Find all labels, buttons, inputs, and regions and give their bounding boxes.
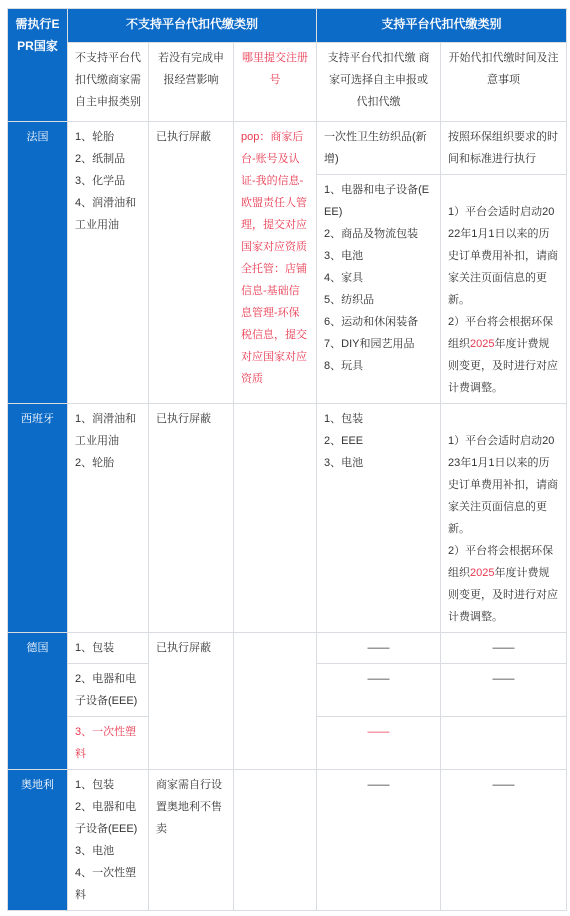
header-row-2: 不支持平台代扣代缴商家需自主申报类别 若没有完成申报经营影响 哪里提交注册号 支… xyxy=(8,43,567,122)
epr-policy-page: 需执行EPR国家 不支持平台代扣代缴类别 支持平台代扣代缴类别 不支持平台代扣代… xyxy=(0,0,570,916)
row-france-1: 法国 1、轮胎 2、纸制品 3、化学品 4、润滑油和工业用油 已执行屏蔽 pop… xyxy=(8,122,567,175)
notes-text: 1）平台会适时启动2023年1月1日以来的历史订单费用补扣，请商家关注页面信息的… xyxy=(448,435,558,579)
austria-impact-cell: 商家需自行设置奥地利不售卖 xyxy=(149,770,234,911)
germany-item-1-cell: 1、包装 xyxy=(68,633,149,664)
france-where-submit-cell: pop：商家后台-账号及认证-我的信息-欧盟责任人管理，提交对应国家对应资质 全… xyxy=(234,122,317,404)
list-item: 1、润滑油和工业用油 xyxy=(75,408,141,452)
france-impact-cell: 已执行屏蔽 xyxy=(149,122,234,404)
list-item: 4、润滑油和工业用油 xyxy=(75,192,141,236)
list-item: 1、包装 xyxy=(75,774,141,796)
header-start-time: 开始代扣代缴时间及注意事项 xyxy=(441,43,567,122)
germany-country-cell: 德国 xyxy=(8,633,68,770)
list-item: 2、EEE xyxy=(324,430,433,452)
list-item: 3、化学品 xyxy=(75,170,141,192)
list-item: 2、电器和电子设备(EEE) xyxy=(75,796,141,840)
header-row-1: 需执行EPR国家 不支持平台代扣代缴类别 支持平台代扣代缴类别 xyxy=(8,9,567,43)
france-country-cell: 法国 xyxy=(8,122,68,404)
list-item: 1、电器和电子设备(EEE) xyxy=(324,179,433,223)
france-notes-top-cell: 按照环保组织要求的时间和标准进行执行 xyxy=(441,122,567,175)
spain-notes-cell: 1）平台会适时启动2023年1月1日以来的历史订单费用补扣，请商家关注页面信息的… xyxy=(441,404,567,633)
germany-impact-cell: 已执行屏蔽 xyxy=(149,633,234,770)
france-notes-cell: 1）平台会适时启动2022年1月1日以来的历史订单费用补扣，请商家关注页面信息的… xyxy=(441,175,567,404)
list-item: 2、纸制品 xyxy=(75,148,141,170)
header-unsupported-group: 不支持平台代扣代缴类别 xyxy=(68,9,317,43)
header-country: 需执行EPR国家 xyxy=(8,9,68,122)
france-supported-list: 1、电器和电子设备(EEE) 2、商品及物流包装 3、电池 4、家具 5、纺织品… xyxy=(317,175,441,404)
header-supported-categories: 支持平台代扣代缴 商家可选择自主申报或代扣代缴 xyxy=(317,43,441,122)
germany-notes-dash-2: —— xyxy=(441,664,567,717)
list-item: 1、包装 xyxy=(324,408,433,430)
list-item: 2、轮胎 xyxy=(75,452,141,474)
header-self-declare: 不支持平台代扣代缴商家需自主申报类别 xyxy=(68,43,149,122)
row-austria: 奥地利 1、包装 2、电器和电子设备(EEE) 3、电池 4、一次性塑料 商家需… xyxy=(8,770,567,911)
list-item: 3、电池 xyxy=(324,245,433,267)
list-item: 3、电池 xyxy=(75,840,141,862)
list-item: 3、电池 xyxy=(324,452,433,474)
austria-supported-dash: —— xyxy=(317,770,441,911)
spain-self-declare-list: 1、润滑油和工业用油 2、轮胎 xyxy=(68,404,149,633)
list-item: 4、家具 xyxy=(324,267,433,289)
germany-notes-empty-cell xyxy=(441,717,567,770)
germany-supported-dash-1: —— xyxy=(317,633,441,664)
list-item: 4、一次性塑料 xyxy=(75,862,141,906)
germany-supported-dash-3: —— xyxy=(317,717,441,770)
germany-item-3-cell: 3、一次性塑料 xyxy=(68,717,149,770)
germany-item-2-cell: 2、电器和电子设备(EEE) xyxy=(68,664,149,717)
notes-text: 1）平台会适时启动2022年1月1日以来的历史订单费用补扣，请商家关注页面信息的… xyxy=(448,206,558,350)
notes-highlight: 2025 xyxy=(470,567,494,579)
germany-notes-dash-1: —— xyxy=(441,633,567,664)
france-self-declare-list: 1、轮胎 2、纸制品 3、化学品 4、润滑油和工业用油 xyxy=(68,122,149,404)
row-spain: 西班牙 1、润滑油和工业用油 2、轮胎 已执行屏蔽 1、包装 2、EEE 3、电… xyxy=(8,404,567,633)
list-item: 5、纺织品 xyxy=(324,289,433,311)
austria-self-declare-list: 1、包装 2、电器和电子设备(EEE) 3、电池 4、一次性塑料 xyxy=(68,770,149,911)
row-germany-1: 德国 1、包装 已执行屏蔽 —— —— xyxy=(8,633,567,664)
list-item: 7、DIY和园艺用品 xyxy=(324,333,433,355)
france-supported-new-cell: 一次性卫生纺织品(新增) xyxy=(317,122,441,175)
spain-country-cell: 西班牙 xyxy=(8,404,68,633)
notes-highlight: 2025 xyxy=(470,338,494,350)
germany-supported-dash-2: —— xyxy=(317,664,441,717)
spain-impact-cell: 已执行屏蔽 xyxy=(149,404,234,633)
list-item: 6、运动和休闲装备 xyxy=(324,311,433,333)
epr-policy-table: 需执行EPR国家 不支持平台代扣代缴类别 支持平台代扣代缴类别 不支持平台代扣代… xyxy=(7,8,567,911)
list-item: 2、商品及物流包装 xyxy=(324,223,433,245)
spain-where-submit-cell xyxy=(234,404,317,633)
austria-country-cell: 奥地利 xyxy=(8,770,68,911)
list-item: 1、轮胎 xyxy=(75,126,141,148)
header-supported-group: 支持平台代扣代缴类别 xyxy=(317,9,567,43)
header-impact: 若没有完成申报经营影响 xyxy=(149,43,234,122)
germany-where-submit-cell xyxy=(234,633,317,770)
austria-notes-dash: —— xyxy=(441,770,567,911)
austria-where-submit-cell xyxy=(234,770,317,911)
header-where-submit: 哪里提交注册号 xyxy=(234,43,317,122)
spain-supported-list: 1、包装 2、EEE 3、电池 xyxy=(317,404,441,633)
list-item: 8、玩具 xyxy=(324,355,433,377)
